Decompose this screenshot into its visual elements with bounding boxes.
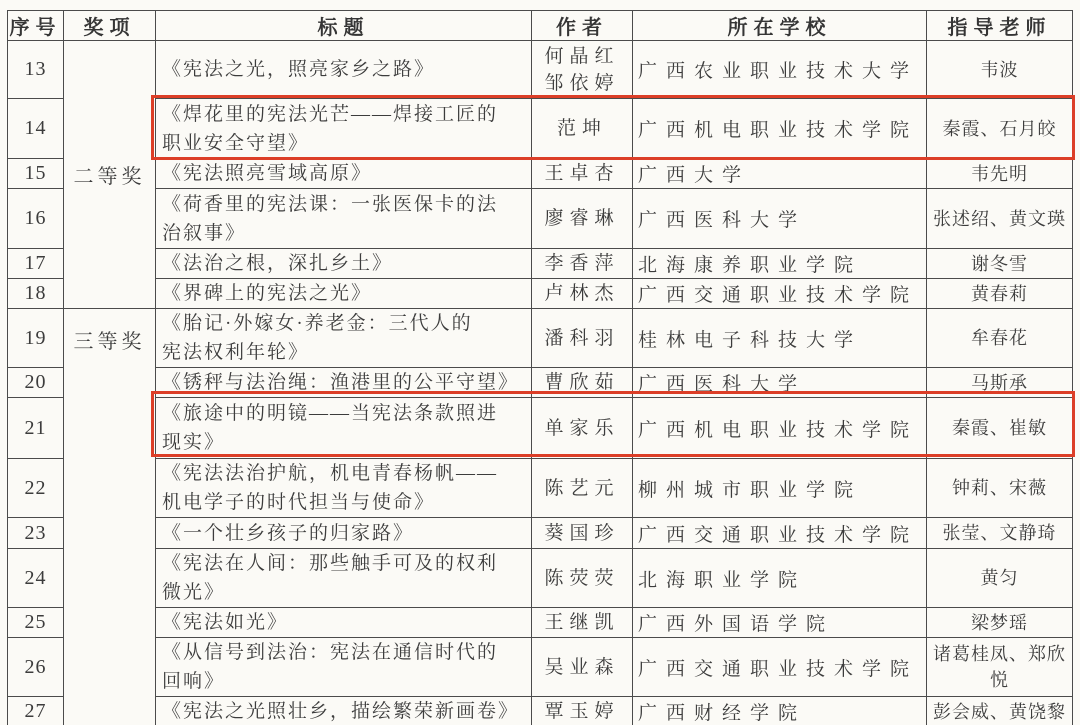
entry-school: 广西交通职业技术学院: [633, 518, 927, 549]
entry-teacher: 彭会威、黄饶黎: [927, 697, 1073, 725]
row-number: 26: [8, 638, 64, 697]
awards-table: 序号 奖项 标题 作者 所在学校 指导老师 13 二等奖 《宪法之光，照亮家乡之…: [7, 10, 1073, 725]
entry-title: 《宪法在人间：那些触手可及的权利 微光》: [156, 549, 532, 608]
entry-title: 《胎记·外嫁女·养老金：三代人的 宪法权利年轮》: [156, 309, 532, 368]
table-row: 13 二等奖 《宪法之光，照亮家乡之路》 何晶红 邹依婷 广西农业职业技术大学 …: [8, 41, 1073, 99]
entry-school: 广西农业职业技术大学: [633, 41, 927, 99]
entry-author: 曹欣茹: [532, 368, 633, 398]
row-number: 18: [8, 279, 64, 309]
entry-author: 覃玉婷: [532, 697, 633, 725]
header-teacher: 指导老师: [927, 11, 1073, 41]
entry-author: 卢林杰: [532, 279, 633, 309]
row-number: 22: [8, 459, 64, 518]
entry-teacher: 秦霞、石月皎: [927, 99, 1073, 159]
entry-school: 广西财经学院: [633, 697, 927, 725]
row-number: 24: [8, 549, 64, 608]
entry-school: 广西医科大学: [633, 189, 927, 249]
entry-teacher: 梁梦瑶: [927, 608, 1073, 638]
entry-school: 北海康养职业学院: [633, 249, 927, 279]
header-award: 奖项: [64, 11, 156, 41]
table-row: 18 《界碑上的宪法之光》 卢林杰 广西交通职业技术学院 黄春莉: [8, 279, 1073, 309]
entry-author: 廖睿琳: [532, 189, 633, 249]
entry-author: 吴业森: [532, 638, 633, 697]
entry-school: 北海职业学院: [633, 549, 927, 608]
entry-school: 广西机电职业技术学院: [633, 99, 927, 159]
entry-title: 《宪法照亮雪域高原》: [156, 159, 532, 189]
entry-title: 《宪法之光照壮乡，描绘繁荣新画卷》: [156, 697, 532, 725]
entry-title: 《焊花里的宪法光芒——焊接工匠的 职业安全守望》: [156, 99, 532, 159]
entry-teacher: 诸葛桂凤、郑欣 悦: [927, 638, 1073, 697]
entry-school: 广西交通职业技术学院: [633, 638, 927, 697]
entry-author: 潘科羽: [532, 309, 633, 368]
row-number: 15: [8, 159, 64, 189]
entry-school: 广西医科大学: [633, 368, 927, 398]
entry-title: 《荷香里的宪法课：一张医保卡的法 治叙事》: [156, 189, 532, 249]
entry-school: 柳州城市职业学院: [633, 459, 927, 518]
entry-author: 王继凯: [532, 608, 633, 638]
entry-school: 桂林电子科技大学: [633, 309, 927, 368]
entry-teacher: 牟春花: [927, 309, 1073, 368]
row-number: 14: [8, 99, 64, 159]
table-row: 15 《宪法照亮雪域高原》 王卓杏 广西大学 韦先明: [8, 159, 1073, 189]
award-cell-third-prize: 三等奖: [64, 309, 156, 725]
entry-title: 《旅途中的明镜——当宪法条款照进 现实》: [156, 398, 532, 459]
entry-teacher: 韦先明: [927, 159, 1073, 189]
table-row: 26 《从信号到法治：宪法在通信时代的 回响》 吴业森 广西交通职业技术学院 诸…: [8, 638, 1073, 697]
table-row: 17 《法治之根，深扎乡土》 李香萍 北海康养职业学院 谢冬雪: [8, 249, 1073, 279]
entry-teacher: 谢冬雪: [927, 249, 1073, 279]
entry-teacher: 黄春莉: [927, 279, 1073, 309]
entry-teacher: 秦霞、崔敏: [927, 398, 1073, 459]
header-author: 作者: [532, 11, 633, 41]
table-row: 24 《宪法在人间：那些触手可及的权利 微光》 陈荧荧 北海职业学院 黄匀: [8, 549, 1073, 608]
entry-title: 《法治之根，深扎乡土》: [156, 249, 532, 279]
row-number: 23: [8, 518, 64, 549]
entry-teacher: 韦波: [927, 41, 1073, 99]
entry-title: 《界碑上的宪法之光》: [156, 279, 532, 309]
header-row: 序号 奖项 标题 作者 所在学校 指导老师: [8, 11, 1073, 41]
table-row: 19 三等奖 《胎记·外嫁女·养老金：三代人的 宪法权利年轮》 潘科羽 桂林电子…: [8, 309, 1073, 368]
row-number: 19: [8, 309, 64, 368]
entry-teacher: 马斯承: [927, 368, 1073, 398]
entry-teacher: 张莹、文静琦: [927, 518, 1073, 549]
table-row: 23 《一个壮乡孩子的归家路》 葵国珍 广西交通职业技术学院 张莹、文静琦: [8, 518, 1073, 549]
entry-title: 《宪法之光，照亮家乡之路》: [156, 41, 532, 99]
row-number: 25: [8, 608, 64, 638]
entry-teacher: 钟莉、宋薇: [927, 459, 1073, 518]
row-number: 17: [8, 249, 64, 279]
entry-author: 王卓杏: [532, 159, 633, 189]
row-number: 13: [8, 41, 64, 99]
row-number: 21: [8, 398, 64, 459]
entry-author: 范坤: [532, 99, 633, 159]
entry-title: 《锈秤与法治绳：渔港里的公平守望》: [156, 368, 532, 398]
award-cell-second-prize: 二等奖: [64, 41, 156, 309]
entry-author: 单家乐: [532, 398, 633, 459]
table-row: 14 《焊花里的宪法光芒——焊接工匠的 职业安全守望》 范坤 广西机电职业技术学…: [8, 99, 1073, 159]
entry-author: 陈荧荧: [532, 549, 633, 608]
table-row: 16 《荷香里的宪法课：一张医保卡的法 治叙事》 廖睿琳 广西医科大学 张述绍、…: [8, 189, 1073, 249]
entry-teacher: 张述绍、黄文瑛: [927, 189, 1073, 249]
entry-teacher: 黄匀: [927, 549, 1073, 608]
row-number: 20: [8, 368, 64, 398]
entry-title: 《一个壮乡孩子的归家路》: [156, 518, 532, 549]
table-row: 20 《锈秤与法治绳：渔港里的公平守望》 曹欣茹 广西医科大学 马斯承: [8, 368, 1073, 398]
row-number: 27: [8, 697, 64, 725]
table-row: 25 《宪法如光》 王继凯 广西外国语学院 梁梦瑶: [8, 608, 1073, 638]
table-row: 27 《宪法之光照壮乡，描绘繁荣新画卷》 覃玉婷 广西财经学院 彭会威、黄饶黎: [8, 697, 1073, 725]
entry-school: 广西大学: [633, 159, 927, 189]
entry-title: 《宪法如光》: [156, 608, 532, 638]
entry-author: 陈艺元: [532, 459, 633, 518]
row-number: 16: [8, 189, 64, 249]
header-no: 序号: [8, 11, 64, 41]
header-school: 所在学校: [633, 11, 927, 41]
table-row: 22 《宪法法治护航，机电青春杨帆—— 机电学子的时代担当与使命》 陈艺元 柳州…: [8, 459, 1073, 518]
entry-author: 葵国珍: [532, 518, 633, 549]
entry-title: 《宪法法治护航，机电青春杨帆—— 机电学子的时代担当与使命》: [156, 459, 532, 518]
entry-school: 广西外国语学院: [633, 608, 927, 638]
table-row: 21 《旅途中的明镜——当宪法条款照进 现实》 单家乐 广西机电职业技术学院 秦…: [8, 398, 1073, 459]
entry-author: 李香萍: [532, 249, 633, 279]
entry-title: 《从信号到法治：宪法在通信时代的 回响》: [156, 638, 532, 697]
entry-author: 何晶红 邹依婷: [532, 41, 633, 99]
entry-school: 广西交通职业技术学院: [633, 279, 927, 309]
header-title: 标题: [156, 11, 532, 41]
entry-school: 广西机电职业技术学院: [633, 398, 927, 459]
